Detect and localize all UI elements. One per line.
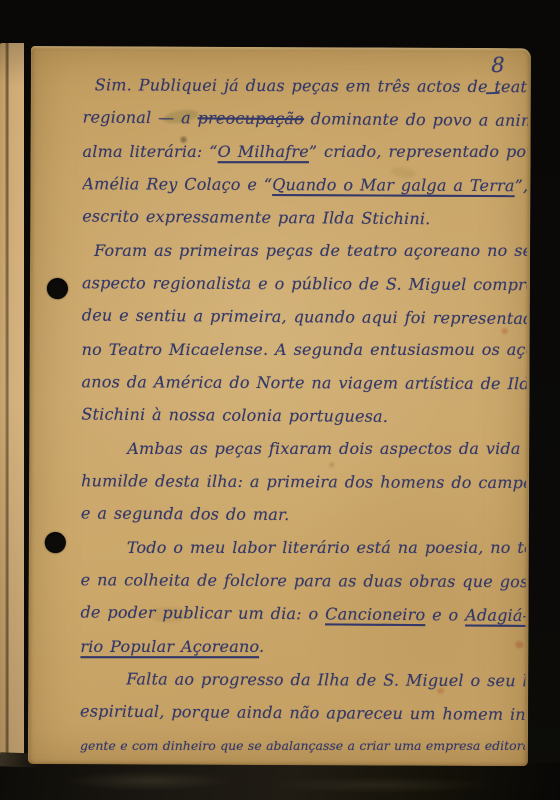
handwriting-line: Falta ao progresso da Ilha de S. Miguel … <box>80 662 525 697</box>
handwriting-segment: alma literária: “ <box>83 142 218 161</box>
handwriting-segment: Amélia Rey Colaço e “ <box>82 174 272 194</box>
hole-punch-top <box>47 278 68 299</box>
handwriting-segment: de poder publicar um dia: o <box>80 602 325 623</box>
table-surface <box>0 763 560 800</box>
handwriting-segment: regional — a <box>83 107 198 127</box>
handwriting-line: alma literária: “O Milhafre” criado, rep… <box>83 135 528 168</box>
handwriting-segment: e a segunda dos do mar. <box>81 503 290 524</box>
handwriting-line: Ambas as peças fixaram dois aspectos da … <box>81 432 526 465</box>
handwriting-line: gente e com dinheiro que se abalançasse … <box>80 729 525 762</box>
handwriting-line: e na colheita de folclore para as duas o… <box>81 563 526 598</box>
handwriting-line: Stichini à nossa colonia portuguesa. <box>81 397 526 433</box>
handwriting-segment: e o <box>425 605 465 624</box>
handwriting-segment: . <box>259 637 264 656</box>
handwriting-segment: Todo o meu labor literário está na poesi… <box>127 538 528 557</box>
handwriting-line: de poder publicar um dia: o Cancioneiro … <box>80 595 525 631</box>
handwriting-line: Todo o meu labor literário está na poesi… <box>81 531 526 564</box>
underlined-phrase: Adagiá- <box>465 605 528 624</box>
handwriting-segment: anos da América do Norte na viagem artís… <box>81 372 527 393</box>
handwriting-segment: Ambas as peças fixaram dois aspectos da … <box>127 439 528 458</box>
handwriting-line: espiritual, porque ainda não apareceu um… <box>80 694 525 730</box>
handwriting-segment: ” criado, representado por <box>309 142 528 161</box>
handwriting-segment: humilde desta ilha: a primeira dos homen… <box>81 471 528 492</box>
handwriting-line: Amélia Rey Colaço e “Quando o Mar galga … <box>82 167 527 202</box>
handwriting-segment: Falta ao progresso da Ilha de S. Miguel … <box>126 669 528 690</box>
handwriting-segment: Stichini à nossa colonia portuguesa. <box>81 404 388 425</box>
handwriting-segment: dominante do povo a animar a <box>304 109 528 130</box>
manuscript-page: 8 Sim. Publiquei já duas peças em três a… <box>28 46 531 766</box>
handwriting-line: Foram as primeiras peças de teatro açore… <box>82 234 527 267</box>
handwriting-line: Sim. Publiquei já duas peças em três act… <box>83 68 528 103</box>
handwriting-segment: gente e com dinheiro que se abalançasse … <box>80 738 528 753</box>
handwriting-line: aspecto regionalista e o público de S. M… <box>82 266 527 301</box>
struck-word: preocupação <box>198 108 305 128</box>
handwriting-line: regional — a preocupação dominante do po… <box>83 100 528 136</box>
underlined-phrase: Quando o Mar galga a Terra <box>272 175 515 195</box>
handwriting-line: anos da América do Norte na viagem artís… <box>81 365 526 400</box>
handwriting-segment: aspecto regionalista e o público de S. M… <box>82 273 528 294</box>
handwriting-segment: escrito expressamente para Ilda Stichini… <box>82 206 430 228</box>
underlying-page-edge <box>0 43 24 755</box>
underlined-phrase: rio Popular Açoreano <box>80 637 259 656</box>
underlined-phrase: O Milhafre <box>218 142 309 161</box>
underlined-phrase: Cancioneiro <box>325 604 425 624</box>
handwriting-segment: Sim. Publiquei já duas peças em três act… <box>95 75 528 96</box>
hole-punch-bottom <box>45 532 66 553</box>
handwriting-segment: deu e sentiu a primeira, quando aqui foi… <box>82 305 528 328</box>
handwriting-line: escrito expressamente para Ilda Stichini… <box>82 199 527 235</box>
handwriting-segment: no Teatro Micaelense. A segunda entusias… <box>82 340 528 359</box>
handwriting-segment: Foram as primeiras peças de teatro açore… <box>94 241 528 260</box>
handwriting-line: no Teatro Micaelense. A segunda entusias… <box>82 333 527 366</box>
handwriting-line: humilde desta ilha: a primeira dos homen… <box>81 464 526 499</box>
handwriting-segment: espiritual, porque ainda não apareceu um… <box>80 701 528 724</box>
handwriting-line: rio Popular Açoreano. <box>80 630 525 663</box>
manuscript-text: Sim. Publiquei já duas peças em três act… <box>80 68 528 764</box>
handwriting-line: deu e sentiu a primeira, quando aqui foi… <box>82 298 527 334</box>
handwriting-segment: e na colheita de folclore para as duas o… <box>81 570 528 591</box>
handwriting-segment: ”, <box>515 176 528 195</box>
handwriting-line: e a segunda dos do mar. <box>81 496 526 532</box>
